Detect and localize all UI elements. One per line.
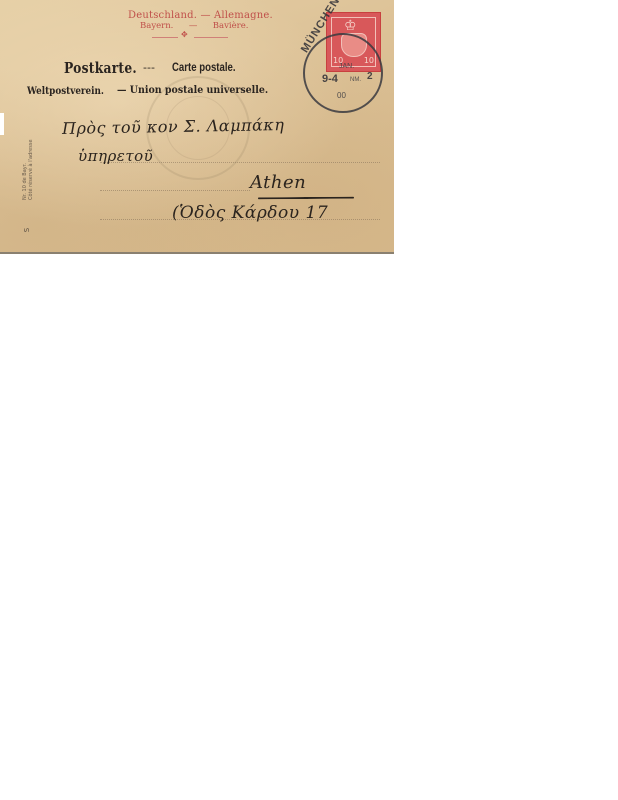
postmark-time: NM. xyxy=(350,77,361,83)
handwritten-title: ὑπηρετοῦ xyxy=(78,147,153,165)
title-union-row: Weltpostverein. — Union postale universe… xyxy=(27,84,114,97)
ornament-icon: ✥ xyxy=(181,30,188,39)
canvas: Deutschland. — Allemagne. Bayern. — Bavi… xyxy=(0,0,618,800)
title-separator: --- xyxy=(143,61,155,74)
address-line-2 xyxy=(100,190,250,191)
country-fr: Allemagne. xyxy=(214,10,273,21)
handwritten-recipient: Πρὸς τοῦ κον Σ. Λαμπάκη xyxy=(62,115,285,138)
handwritten-street: (Ὁδὸς Κάρδου 17 xyxy=(172,203,328,223)
postmark-year: 00 xyxy=(337,91,346,100)
corner-number: S xyxy=(23,228,31,232)
title-weltpostverein: Weltpostverein. xyxy=(27,86,104,97)
crown-icon: ♔ xyxy=(344,19,357,33)
city-underline xyxy=(258,197,354,200)
cancellation-postmark: MÜNCHEN JAN. 9-4 NM. 00 2 xyxy=(303,33,383,113)
title-union-postale: — Union postale universelle. xyxy=(117,84,268,96)
header-dash: — xyxy=(201,10,211,21)
imprint-line-2: Côté réservé à l'adresse xyxy=(28,139,34,200)
postcard: Deutschland. — Allemagne. Bayern. — Bavi… xyxy=(0,0,394,254)
ornament-rule-left xyxy=(152,37,178,38)
country-de: Deutschland. xyxy=(128,10,197,21)
header-ornament: ✥ xyxy=(152,33,232,41)
postmark-month: JAN. xyxy=(339,63,354,70)
card-edge-notch xyxy=(0,113,4,135)
title-postkarte: Postkarte. xyxy=(64,59,137,77)
ornament-rule-right xyxy=(194,37,228,38)
postmark-office-number: 2 xyxy=(367,71,373,82)
title-carte-postale: Carte postale. xyxy=(172,60,235,74)
header-state: Bayern. — Bavière. xyxy=(140,21,248,31)
postmark-date: 9-4 xyxy=(322,73,338,85)
handwritten-city: Athen xyxy=(250,172,306,193)
printer-imprint: Nr. 10 de Bayr. Côté réservé à l'adresse xyxy=(22,139,34,200)
header-country: Deutschland. — Allemagne. xyxy=(128,10,273,21)
title-postkarte-row: Postkarte. --- Carte postale. xyxy=(64,58,153,77)
state-fr: Bavière. xyxy=(213,21,249,31)
state-de: Bayern. xyxy=(140,21,173,31)
